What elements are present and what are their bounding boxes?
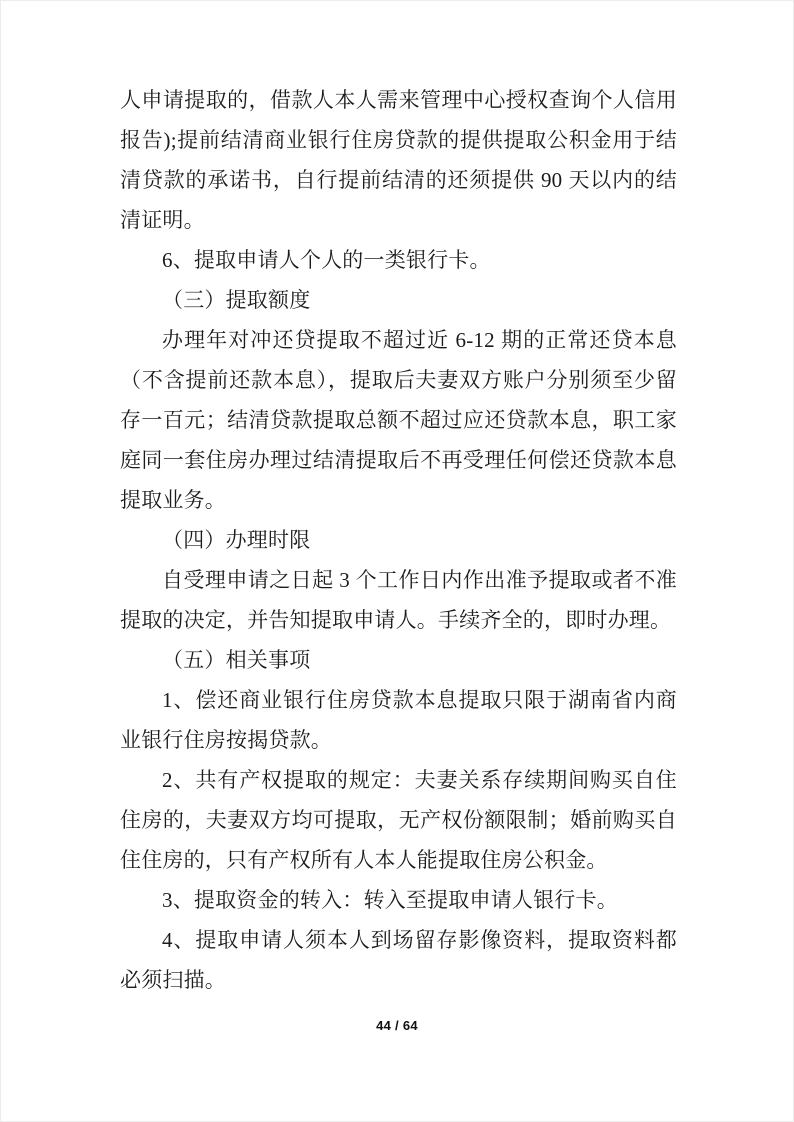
section-heading-5: （五）相关事项 [120, 640, 677, 680]
paragraph-quota: 办理年对冲还贷提取不超过近 6-12 期的正常还贷本息（不含提前还款本息），提取… [120, 320, 677, 520]
paragraph-item-6: 6、提取申请人个人的一类银行卡。 [120, 240, 677, 280]
page-footer: 44 / 64 [1, 1017, 793, 1035]
paragraph-item-1: 1、偿还商业银行住房贷款本息提取只限于湖南省内商业银行住房按揭贷款。 [120, 680, 677, 760]
paragraph-continuation: 人申请提取的，借款人本人需来管理中心授权查询个人信用报告);提前结清商业银行住房… [120, 80, 677, 240]
paragraph-item-2: 2、共有产权提取的规定：夫妻关系存续期间购买自住住房的，夫妻双方均可提取，无产权… [120, 760, 677, 880]
section-heading-4: （四）办理时限 [120, 520, 677, 560]
document-page: 人申请提取的，借款人本人需来管理中心授权查询个人信用报告);提前结清商业银行住房… [0, 0, 794, 1122]
paragraph-item-3: 3、提取资金的转入：转入至提取申请人银行卡。 [120, 880, 677, 920]
page-number: 44 / 64 [376, 1018, 418, 1033]
section-heading-3: （三）提取额度 [120, 280, 677, 320]
document-body: 人申请提取的，借款人本人需来管理中心授权查询个人信用报告);提前结清商业银行住房… [120, 80, 677, 1000]
paragraph-item-4: 4、提取申请人须本人到场留存影像资料，提取资料都必须扫描。 [120, 920, 677, 1000]
paragraph-time-limit: 自受理申请之日起 3 个工作日内作出准予提取或者不准提取的决定，并告知提取申请人… [120, 560, 677, 640]
